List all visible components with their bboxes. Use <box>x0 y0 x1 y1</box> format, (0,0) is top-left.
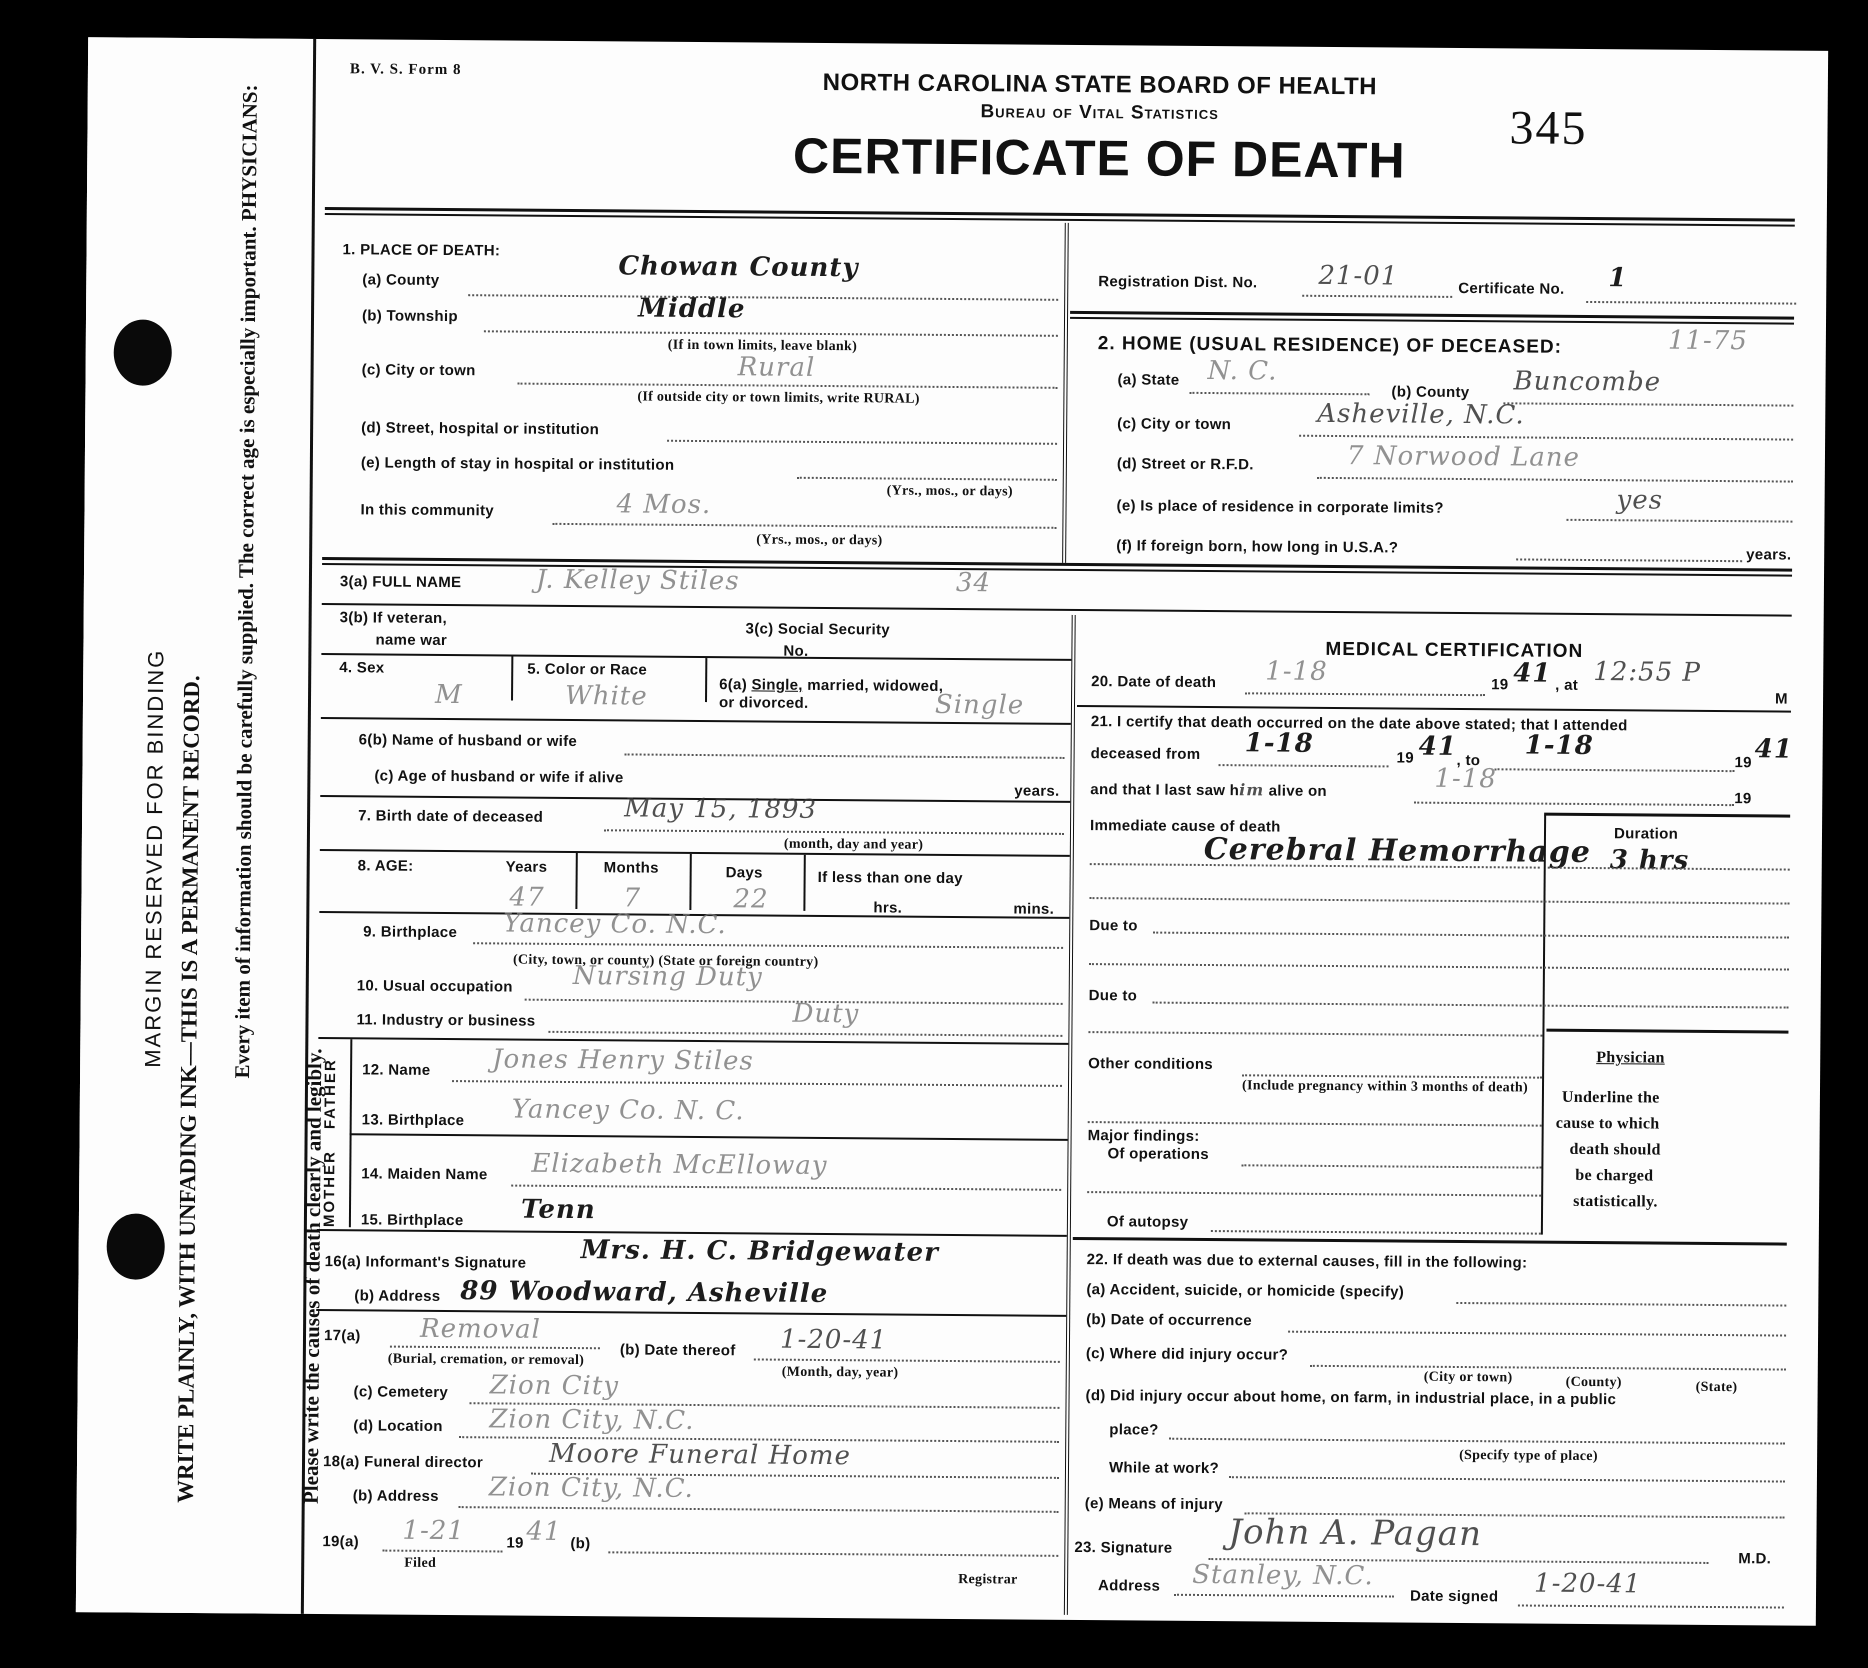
industry-label: 11. Industry or business <box>356 1011 535 1029</box>
county-label: (a) County <box>362 271 439 289</box>
industry-value[interactable]: Duty <box>792 999 859 1030</box>
dotted-line <box>1211 1230 1541 1235</box>
community-value[interactable]: 4 Mos. <box>616 489 711 520</box>
death-year-value[interactable]: 41 <box>1513 658 1551 688</box>
external-causes-label: 22. If death was due to external causes,… <box>1087 1251 1528 1271</box>
corporate-label: (e) Is place of residence in corporate l… <box>1116 497 1443 517</box>
full-name-value[interactable]: J. Kelley Stiles <box>536 565 740 597</box>
attended-from-year[interactable]: 41 <box>1419 732 1457 762</box>
location-label: (d) Location <box>353 1417 443 1435</box>
filed-note: Filed <box>404 1556 436 1572</box>
dotted-line <box>390 1346 600 1350</box>
death-date-value[interactable]: 1-18 <box>1265 656 1328 686</box>
informant-address-label: (b) Address <box>354 1287 440 1305</box>
cert-no-label: Certificate No. <box>1458 280 1564 298</box>
mother-birthplace-value[interactable]: Tenn <box>521 1195 596 1226</box>
dotted-line <box>1088 1031 1542 1037</box>
occupation-value[interactable]: Nursing Duty <box>573 961 763 992</box>
operations-label: Of operations <box>1107 1145 1209 1163</box>
community-label: In this community <box>360 501 494 519</box>
due-to-label-1: Due to <box>1089 917 1138 934</box>
dotted-line <box>1516 558 1742 562</box>
physician-note-line: statistically. <box>1573 1193 1658 1212</box>
dotted-line <box>1288 1331 1786 1337</box>
foreign-unit: years. <box>1746 546 1791 563</box>
stay-label: (e) Length of stay in hospital or instit… <box>361 454 675 473</box>
disposal-label: 17(a) <box>324 1327 361 1344</box>
county-note: (County) <box>1566 1375 1622 1391</box>
state-label: (a) State <box>1117 371 1179 388</box>
physician-note-line: death should <box>1569 1141 1660 1160</box>
injury-place-label: (d) Did injury occur about home, on farm… <box>1086 1387 1617 1408</box>
binding-note: MARGIN RESERVED FOR BINDING <box>140 649 169 1068</box>
attended-to-year[interactable]: 41 <box>1755 734 1793 764</box>
cell-divider <box>575 853 577 909</box>
funeral-director-value[interactable]: Moore Funeral Home <box>549 1439 851 1471</box>
state-note: (State) <box>1696 1380 1738 1396</box>
birth-date-value[interactable]: May 15, 1893 <box>624 793 817 825</box>
injury-place-note: (Specify type of place) <box>1459 1448 1598 1465</box>
attended-from-value[interactable]: 1-18 <box>1245 728 1314 759</box>
form-id: B. V. S. Form 8 <box>350 61 462 79</box>
dotted-line <box>625 753 1065 758</box>
punch-hole-icon <box>106 1213 165 1279</box>
physician-signature-label: 23. Signature <box>1074 1539 1172 1557</box>
reg-dist-label: Registration Dist. No. <box>1098 273 1257 291</box>
disposal-value[interactable]: Removal <box>420 1314 541 1345</box>
dotted-line <box>452 1080 1062 1087</box>
dotted-line <box>552 523 1056 529</box>
cemetery-label: (c) Cemetery <box>354 1383 449 1401</box>
spouse-age-unit: years. <box>1014 782 1059 799</box>
marital-label-prefix: 6(a) <box>719 676 751 693</box>
marital-value[interactable]: Single <box>935 690 1024 721</box>
last-saw-text-a: and that I last saw h <box>1090 781 1239 799</box>
death-certificate: MARGIN RESERVED FOR BINDING WRITE PLAINL… <box>76 37 1828 1626</box>
at-label: , at <box>1555 677 1578 694</box>
dotted-line <box>1245 692 1485 696</box>
column-divider <box>1062 223 1069 563</box>
last-saw-year-prefix: 19 <box>1734 790 1751 807</box>
birthplace-value[interactable]: Yancey Co. N.C. <box>503 908 727 940</box>
street-label: (d) Street, hospital or institution <box>361 419 599 438</box>
age-label: 8. AGE: <box>358 857 414 874</box>
death-time-value[interactable]: 12:55 P <box>1593 657 1701 688</box>
community-note: (Yrs., mos., or days) <box>756 532 882 549</box>
city-note: (If outside city or town limits, write R… <box>637 390 919 408</box>
cell-divider <box>511 657 513 701</box>
autopsy-label: Of autopsy <box>1107 1213 1188 1231</box>
binding-margin: MARGIN RESERVED FOR BINDING WRITE PLAINL… <box>76 37 316 1614</box>
md-label: M.D. <box>1738 1550 1771 1567</box>
other-conditions-note: (Include pregnancy within 3 months of de… <box>1242 1078 1528 1096</box>
last-saw-label: and that I last saw him alive on <box>1090 779 1327 800</box>
board-name: NORTH CAROLINA STATE BOARD OF HEALTH <box>740 68 1460 102</box>
full-name-label: 3(a) FULL NAME <box>340 573 462 591</box>
dotted-line <box>459 1506 1059 1513</box>
father-birthplace-label: 13. Birthplace <box>362 1111 465 1129</box>
mother-maiden-value[interactable]: Elizabeth McElloway <box>531 1149 827 1181</box>
reg-dist-value[interactable]: 21-01 <box>1318 261 1398 292</box>
age-years-label: Years <box>506 858 548 875</box>
dotted-line <box>1241 1164 1541 1168</box>
filed-year-prefix: 19 <box>506 1535 523 1552</box>
dotted-line <box>1302 295 1452 298</box>
cell-divider <box>689 854 691 910</box>
divider <box>320 849 1070 857</box>
physician-note-line: be charged <box>1575 1167 1653 1186</box>
dotted-line <box>1317 477 1793 483</box>
major-findings-label: Major findings: <box>1088 1127 1200 1145</box>
dotted-line <box>468 294 1058 301</box>
funeral-address-label: (b) Address <box>353 1487 439 1505</box>
physician-note-line: Underline the <box>1562 1089 1660 1108</box>
foreign-label: (f) If foreign born, how long in U.S.A.? <box>1116 537 1398 556</box>
date-signed-label: Date signed <box>1410 1588 1498 1606</box>
sex-label: 4. Sex <box>339 659 384 676</box>
spouse-age-label: (c) Age of husband or wife if alive <box>374 767 623 786</box>
accident-label: (a) Accident, suicide, or homicide (spec… <box>1086 1281 1404 1300</box>
dotted-line <box>1089 963 1789 970</box>
last-saw-text-b: alive on <box>1264 782 1327 799</box>
dotted-line <box>511 1185 1061 1191</box>
stamp-number: 345 <box>1509 100 1587 156</box>
dotted-line <box>1189 392 1369 395</box>
dotted-line <box>604 829 1064 835</box>
dotted-line <box>1088 1121 1542 1127</box>
injury-place-label-2: place? <box>1109 1421 1158 1438</box>
filed-year-value[interactable]: 41 <box>526 1517 561 1547</box>
to-year-prefix: 19 <box>1734 754 1751 771</box>
mother-birthplace-label: 15. Birthplace <box>361 1211 464 1229</box>
dotted-line <box>667 440 1057 445</box>
disposal-date-label: (b) Date thereof <box>620 1341 736 1359</box>
dotted-line <box>1566 519 1792 523</box>
dotted-line <box>754 1358 1060 1362</box>
dotted-line <box>1494 768 1734 772</box>
injury-location-label: (c) Where did injury occur? <box>1086 1345 1288 1364</box>
res-county-label: (b) County <box>1391 383 1469 401</box>
age-days-label: Days <box>726 864 763 881</box>
physician-note-title: Physician <box>1596 1049 1665 1068</box>
dotted-line <box>382 1550 502 1553</box>
city-label: (c) City or town <box>362 361 476 379</box>
place-of-death-label: 1. PLACE OF DEATH: <box>342 241 500 259</box>
county-value[interactable]: Chowan County <box>618 251 858 283</box>
full-name-annotation: 34 <box>956 568 991 598</box>
dotted-line <box>548 1031 1062 1037</box>
dotted-line <box>1153 1002 1789 1009</box>
res-city-label: (c) City or town <box>1117 415 1231 433</box>
due-to-label-2: Due to <box>1089 987 1138 1004</box>
corporate-value[interactable]: yes <box>1617 485 1664 515</box>
last-saw-value[interactable]: 1-18 <box>1434 764 1497 794</box>
mother-maiden-label: 14. Maiden Name <box>361 1165 487 1183</box>
age-hrs-label: hrs. <box>873 899 902 916</box>
physician-address-label: Address <box>1098 1577 1160 1594</box>
duration-value[interactable]: 3 hrs <box>1610 845 1690 876</box>
divider <box>318 1037 1068 1045</box>
column-divider <box>1064 615 1076 1615</box>
disposal-note: (Burial, cremation, or removal) <box>388 1352 584 1370</box>
marital-label-2: or divorced. <box>719 694 809 712</box>
dotted-line <box>797 477 1057 481</box>
attended-to-value[interactable]: 1-18 <box>1525 730 1594 761</box>
spouse-label: 6(b) Name of husband or wife <box>359 731 578 750</box>
birth-date-note: (month, day and year) <box>784 837 923 854</box>
race-label: 5. Color or Race <box>527 661 647 679</box>
res-street-label: (d) Street or R.F.D. <box>1117 455 1254 473</box>
race-value[interactable]: White <box>565 681 648 712</box>
dotted-line <box>1229 1476 1785 1482</box>
dotted-line <box>608 1551 1058 1557</box>
dotted-line <box>1456 1302 1786 1307</box>
cert-no-value[interactable]: 1 <box>1608 263 1627 293</box>
marital-label-rest: married, widowed, <box>803 677 944 695</box>
informant-signature-value[interactable]: Mrs. H. C. Bridgewater <box>581 1235 939 1268</box>
filed-value[interactable]: 1-21 <box>402 1516 465 1546</box>
attended-from-label: deceased from <box>1091 745 1201 763</box>
divider <box>1546 1029 1788 1034</box>
sex-value[interactable]: M <box>435 680 463 710</box>
stay-note: (Yrs., mos., or days) <box>887 483 1013 500</box>
veteran-label-2: name war <box>375 631 447 649</box>
other-conditions-label: Other conditions <box>1088 1055 1213 1073</box>
registrar-label: Registrar <box>958 1572 1018 1588</box>
father-name-value[interactable]: Jones Henry Stiles <box>492 1044 754 1076</box>
mother-tag: MOTHER <box>321 1150 339 1227</box>
birthplace-label: 9. Birthplace <box>363 923 457 941</box>
veteran-label: 3(b) If veteran, <box>340 609 447 627</box>
dotted-line <box>1414 802 1734 807</box>
physician-note-line: cause to which <box>1556 1115 1660 1134</box>
disposal-date-value[interactable]: 1-20-41 <box>780 1325 888 1356</box>
divider <box>1073 1237 1787 1246</box>
death-date-label: 20. Date of death <box>1091 673 1216 691</box>
father-tag: FATHER <box>322 1058 340 1129</box>
dotted-line <box>1518 1604 1784 1608</box>
physician-address-value[interactable]: Stanley, N.C. <box>1192 1560 1374 1591</box>
duration-label: Duration <box>1614 825 1678 843</box>
registrar-prefix: (b) <box>570 1535 590 1552</box>
divider <box>321 653 1071 661</box>
marital-single-underlined: Single, <box>751 676 802 693</box>
disposal-date-note: (Month, day, year) <box>782 1365 899 1382</box>
cell-divider <box>705 658 707 702</box>
certificate-form: B. V. S. Form 8 NORTH CAROLINA STATE BOA… <box>308 39 1828 1626</box>
while-at-work-label: While at work? <box>1109 1459 1219 1477</box>
instructions-line-1: Every item of information should be care… <box>230 84 262 1078</box>
funeral-director-label: 18(a) Funeral director <box>323 1453 483 1471</box>
dotted-line <box>517 383 1057 389</box>
residence-label: 2. HOME (USUAL RESIDENCE) OF DECEASED: <box>1098 333 1562 359</box>
age-months-label: Months <box>604 859 659 876</box>
funeral-address-value[interactable]: Zion City, N.C. <box>489 1472 694 1504</box>
immediate-cause-value[interactable]: Cerebral Hemorrhage <box>1204 832 1591 870</box>
dotted-line <box>1153 932 1789 939</box>
city-value[interactable]: Rural <box>738 352 816 383</box>
last-saw-pronoun[interactable]: im <box>1239 780 1264 799</box>
res-county-value[interactable]: Buncombe <box>1513 366 1661 397</box>
cemetery-value[interactable]: Zion City <box>490 1370 620 1401</box>
age-less-than-day-label: If less than one day <box>818 869 963 887</box>
punch-hole-icon <box>113 319 172 385</box>
dotted-line <box>1169 1438 1785 1445</box>
res-city-value[interactable]: Asheville, N.C. <box>1317 399 1525 431</box>
ssn-label: 3(c) Social Security <box>746 620 891 638</box>
township-value[interactable]: Middle <box>638 294 746 325</box>
age-mins-label: mins. <box>1013 900 1054 917</box>
dotted-line <box>484 330 1058 337</box>
duration-divider <box>1541 815 1546 1235</box>
age-days-value[interactable]: 22 <box>733 884 768 914</box>
dotted-line <box>1219 764 1389 767</box>
dotted-line <box>1586 301 1796 305</box>
father-name-label: 12. Name <box>362 1061 430 1079</box>
father-birthplace-value[interactable]: Yancey Co. N. C. <box>512 1095 745 1127</box>
occupation-label: 10. Usual occupation <box>357 977 513 995</box>
dotted-line <box>1503 402 1793 406</box>
divider <box>322 603 1792 617</box>
dotted-line <box>1299 435 1793 441</box>
location-value[interactable]: Zion City, N.C. <box>489 1404 694 1436</box>
write-plainly-note: WRITE PLAINLY, WITH UNFADING INK—THIS IS… <box>173 675 206 1503</box>
birth-date-label: 7. Birth date of deceased <box>358 807 543 825</box>
date-signed-value[interactable]: 1-20-41 <box>1534 1569 1642 1600</box>
dotted-line <box>1174 1594 1394 1598</box>
dotted-line <box>1310 1365 1786 1371</box>
bureau-name: Bureau of Vital Statistics <box>740 99 1460 127</box>
cell-divider <box>803 855 805 911</box>
state-value[interactable]: N. C. <box>1208 356 1278 387</box>
divider <box>350 1133 1068 1141</box>
page-title: CERTIFICATE OF DEATH <box>739 126 1459 190</box>
city-note: (City or town) <box>1424 1370 1513 1387</box>
death-year-prefix: 19 <box>1491 676 1508 693</box>
filed-label: 19(a) <box>322 1533 359 1550</box>
marital-label: 6(a) Single, married, widowed, <box>719 676 943 695</box>
residence-annotation: 11-75 <box>1668 326 1748 357</box>
informant-signature-label: 16(a) Informant's Signature <box>325 1253 527 1272</box>
from-year-prefix: 19 <box>1397 749 1414 766</box>
dotted-line <box>1089 897 1789 904</box>
occurrence-date-label: (b) Date of occurrence <box>1086 1311 1252 1329</box>
meridian-label: M <box>1775 690 1788 707</box>
divider <box>1544 813 1790 818</box>
physician-signature-value[interactable]: John A. Pagan <box>1228 1512 1482 1554</box>
res-street-value[interactable]: 7 Norwood Lane <box>1347 441 1580 473</box>
township-label: (b) Township <box>362 307 458 325</box>
dotted-line <box>1087 1191 1541 1197</box>
means-of-injury-label: (e) Means of injury <box>1085 1495 1223 1513</box>
informant-address-value[interactable]: 89 Woodward, Asheville <box>460 1276 828 1309</box>
divider <box>1077 705 1791 713</box>
dotted-line <box>473 942 1063 949</box>
